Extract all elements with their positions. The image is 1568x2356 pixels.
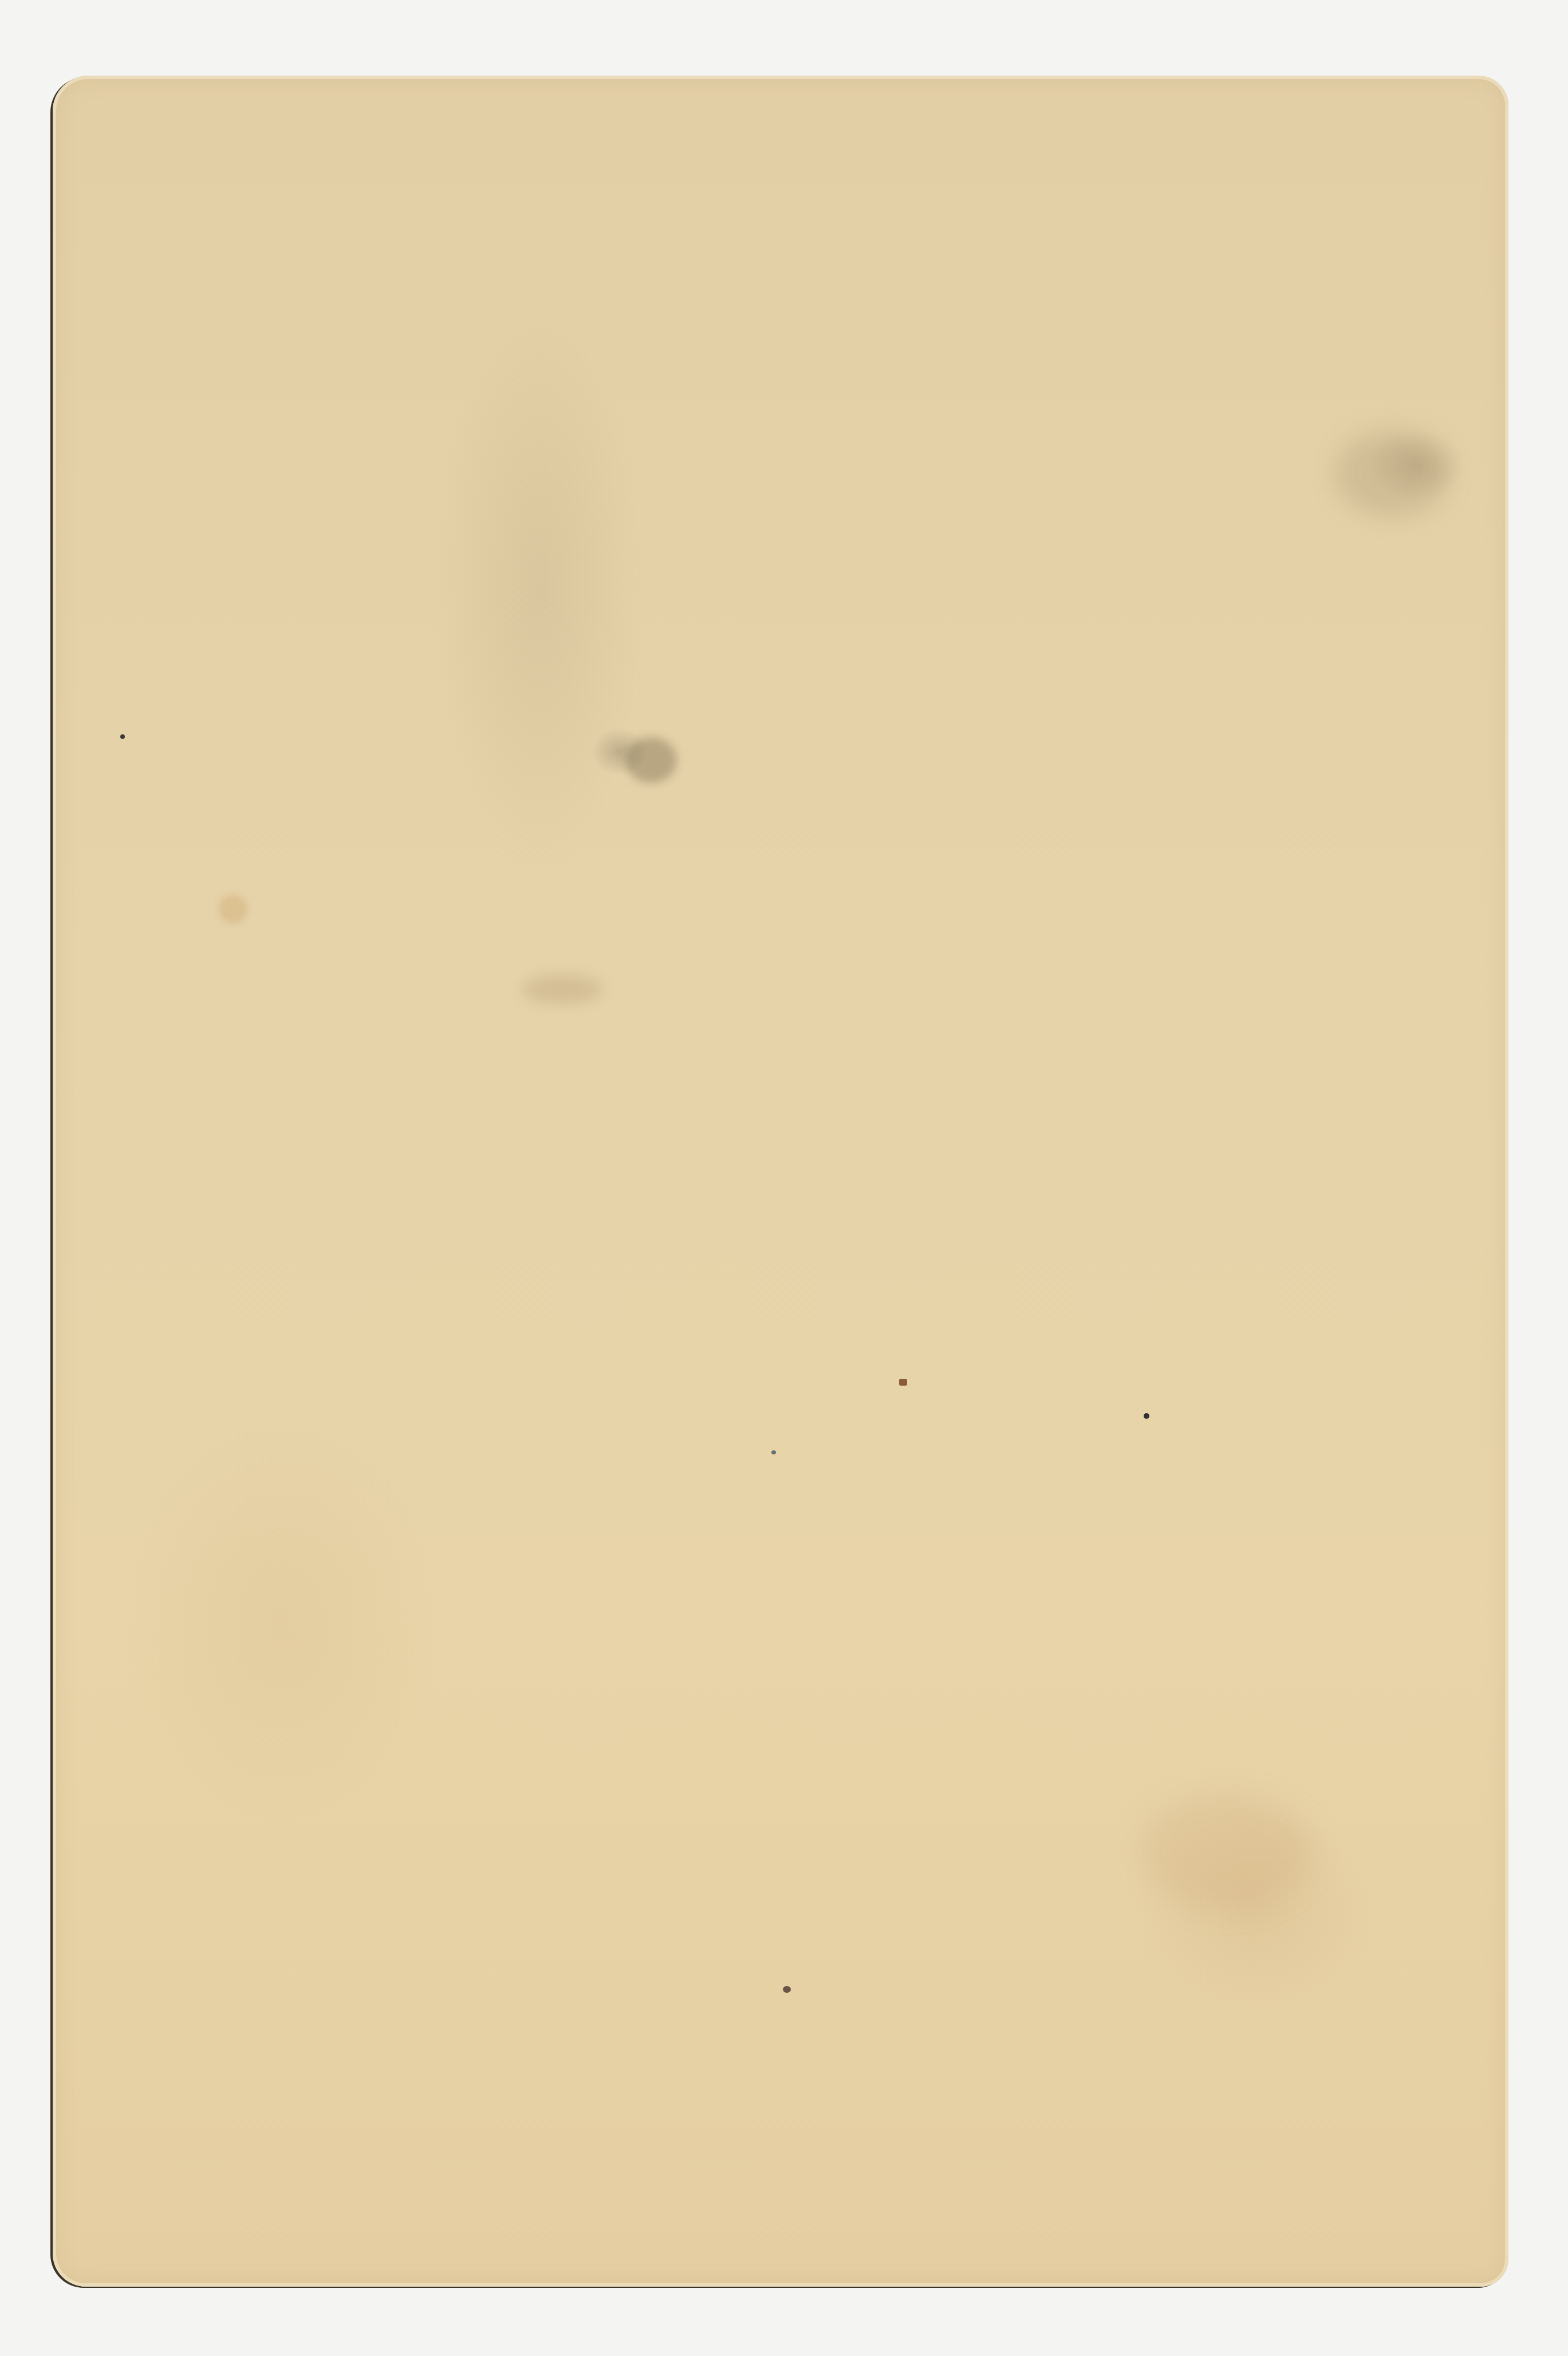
debris-speck — [1144, 1413, 1149, 1419]
debris-speck — [771, 1450, 776, 1454]
debris-speck — [899, 1379, 907, 1386]
stain-spot — [522, 975, 602, 1004]
debris-speck — [783, 1986, 791, 1993]
stain-spot — [1141, 1794, 1313, 1909]
stain-spot — [219, 895, 247, 923]
card-back — [53, 76, 1508, 2287]
stain-spot — [1335, 431, 1450, 517]
stain-spot — [625, 737, 677, 783]
debris-speck — [120, 734, 125, 739]
